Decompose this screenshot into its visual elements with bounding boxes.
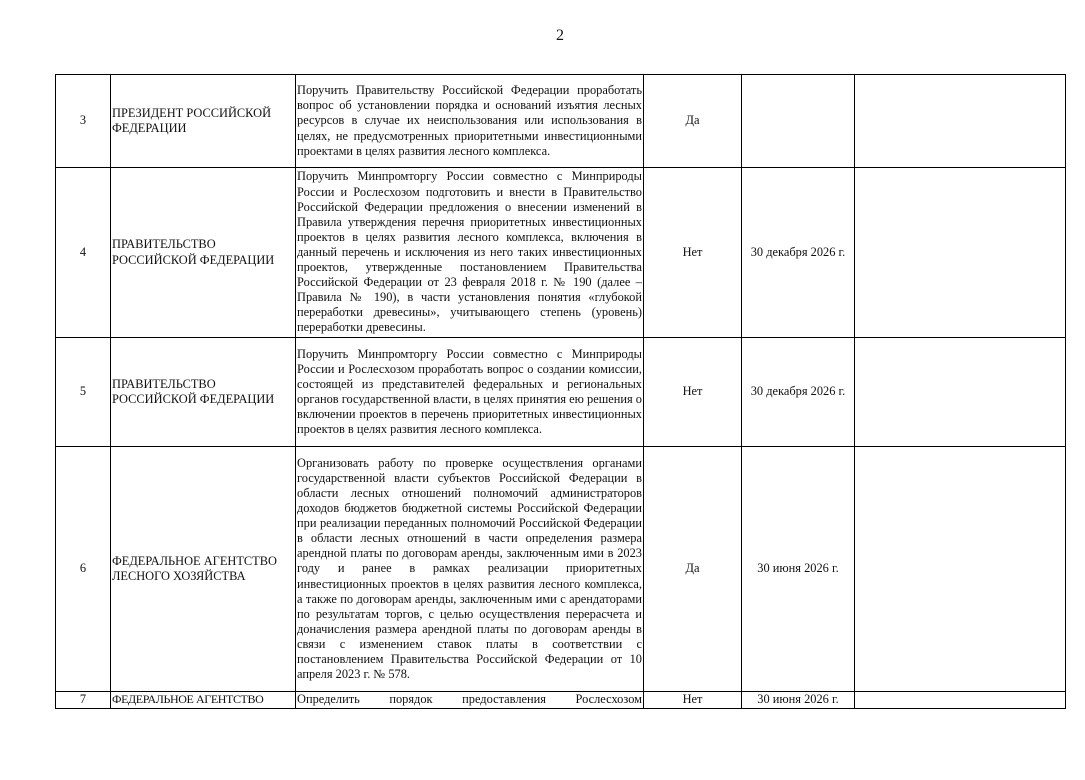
deadline: 30 июня 2026 г. bbox=[742, 692, 855, 709]
table-row: 3 ПРЕЗИДЕНТ РОССИЙСКОЙ ФЕДЕРАЦИИ Поручит… bbox=[56, 75, 1066, 168]
assignment-description: Организовать работу по проверке осуществ… bbox=[296, 447, 644, 692]
row-number: 7 bbox=[56, 692, 111, 709]
deadline bbox=[742, 75, 855, 168]
deadline: 30 июня 2026 г. bbox=[742, 447, 855, 692]
page-number: 2 bbox=[0, 27, 1085, 45]
assignment-description: Поручить Минпромторгу России совместно с… bbox=[296, 168, 644, 338]
deadline: 30 декабря 2026 г. bbox=[742, 338, 855, 447]
responsible-org: ПРЕЗИДЕНТ РОССИЙСКОЙ ФЕДЕРАЦИИ bbox=[111, 75, 296, 168]
row-number: 6 bbox=[56, 447, 111, 692]
responsible-org: ПРАВИТЕЛЬСТВО РОССИЙСКОЙ ФЕДЕРАЦИИ bbox=[111, 338, 296, 447]
table-row: 6 ФЕДЕРАЛЬНОЕ АГЕНТСТВО ЛЕСНОГО ХОЗЯЙСТВ… bbox=[56, 447, 1066, 692]
assignment-description: Определить порядок предоставления Рослес… bbox=[296, 692, 644, 709]
flag-value: Нет bbox=[644, 692, 742, 709]
flag-value: Нет bbox=[644, 338, 742, 447]
responsible-org: ФЕДЕРАЛЬНОЕ АГЕНТСТВО ЛЕСНОГО ХОЗЯЙСТВА bbox=[111, 447, 296, 692]
row-number: 3 bbox=[56, 75, 111, 168]
row-number: 4 bbox=[56, 168, 111, 338]
note-cell bbox=[855, 75, 1066, 168]
assignment-description: Поручить Правительству Российской Федера… bbox=[296, 75, 644, 168]
note-cell bbox=[855, 447, 1066, 692]
row-number: 5 bbox=[56, 338, 111, 447]
table-row: 4 ПРАВИТЕЛЬСТВО РОССИЙСКОЙ ФЕДЕРАЦИИ Пор… bbox=[56, 168, 1066, 338]
assignments-table: 3 ПРЕЗИДЕНТ РОССИЙСКОЙ ФЕДЕРАЦИИ Поручит… bbox=[55, 74, 1066, 709]
flag-value: Да bbox=[644, 447, 742, 692]
assignment-description: Поручить Минпромторгу России совместно с… bbox=[296, 338, 644, 447]
table-row: 5 ПРАВИТЕЛЬСТВО РОССИЙСКОЙ ФЕДЕРАЦИИ Пор… bbox=[56, 338, 1066, 447]
responsible-org: ПРАВИТЕЛЬСТВО РОССИЙСКОЙ ФЕДЕРАЦИИ bbox=[111, 168, 296, 338]
note-cell bbox=[855, 692, 1066, 709]
responsible-org: ФЕДЕРАЛЬНОЕ АГЕНТСТВО bbox=[111, 692, 296, 709]
note-cell bbox=[855, 338, 1066, 447]
flag-value: Нет bbox=[644, 168, 742, 338]
table-row: 7 ФЕДЕРАЛЬНОЕ АГЕНТСТВО Определить поряд… bbox=[56, 692, 1066, 709]
deadline: 30 декабря 2026 г. bbox=[742, 168, 855, 338]
note-cell bbox=[855, 168, 1066, 338]
flag-value: Да bbox=[644, 75, 742, 168]
